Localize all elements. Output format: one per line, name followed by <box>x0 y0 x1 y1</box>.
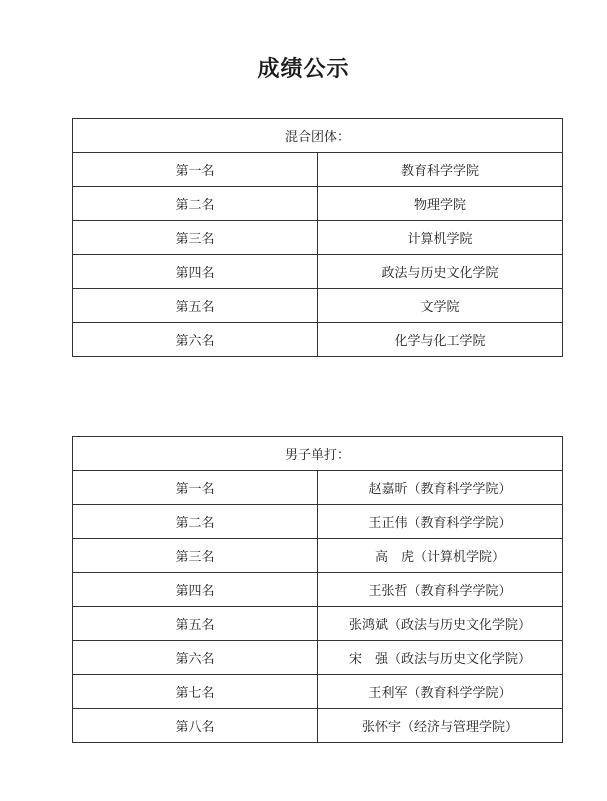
table-header: 男子单打： <box>73 437 563 471</box>
rank-cell: 第六名 <box>73 641 318 675</box>
rank-cell: 第一名 <box>73 153 318 187</box>
table-header: 混合团体： <box>73 119 563 153</box>
table-row: 第二名物理学院 <box>73 187 563 221</box>
winner-cell: 文学院 <box>318 289 563 323</box>
table-row: 第四名政法与历史文化学院 <box>73 255 563 289</box>
winner-cell: 王正伟（教育科学学院） <box>318 505 563 539</box>
table-row: 第六名化学与化工学院 <box>73 323 563 357</box>
winner-cell: 王利军（教育科学学院） <box>318 675 563 709</box>
mens-singles-results-table: 男子单打： 第一名赵嘉昕（教育科学学院） 第二名王正伟（教育科学学院） 第三名高… <box>72 436 563 743</box>
winner-cell: 化学与化工学院 <box>318 323 563 357</box>
winner-cell: 高 虎（计算机学院） <box>318 539 563 573</box>
winner-cell: 政法与历史文化学院 <box>318 255 563 289</box>
rank-cell: 第二名 <box>73 505 318 539</box>
table-row: 第七名王利军（教育科学学院） <box>73 675 563 709</box>
rank-cell: 第七名 <box>73 675 318 709</box>
table-row: 第一名赵嘉昕（教育科学学院） <box>73 471 563 505</box>
table-row: 第五名文学院 <box>73 289 563 323</box>
rank-cell: 第四名 <box>73 255 318 289</box>
rank-cell: 第六名 <box>73 323 318 357</box>
winner-cell: 宋 强（政法与历史文化学院） <box>318 641 563 675</box>
rank-cell: 第五名 <box>73 289 318 323</box>
winner-cell: 王张哲（教育科学学院） <box>318 573 563 607</box>
winner-cell: 张怀宇（经济与管理学院） <box>318 709 563 743</box>
rank-cell: 第八名 <box>73 709 318 743</box>
table-row: 第三名高 虎（计算机学院） <box>73 539 563 573</box>
rank-cell: 第三名 <box>73 539 318 573</box>
rank-cell: 第三名 <box>73 221 318 255</box>
table-row: 第四名王张哲（教育科学学院） <box>73 573 563 607</box>
table-row: 第六名宋 强（政法与历史文化学院） <box>73 641 563 675</box>
winner-cell: 张鸿斌（政法与历史文化学院） <box>318 607 563 641</box>
rank-cell: 第一名 <box>73 471 318 505</box>
table-row: 第二名王正伟（教育科学学院） <box>73 505 563 539</box>
table-row: 第一名教育科学学院 <box>73 153 563 187</box>
rank-cell: 第五名 <box>73 607 318 641</box>
winner-cell: 计算机学院 <box>318 221 563 255</box>
table-row: 第五名张鸿斌（政法与历史文化学院） <box>73 607 563 641</box>
rank-cell: 第二名 <box>73 187 318 221</box>
winner-cell: 赵嘉昕（教育科学学院） <box>318 471 563 505</box>
winner-cell: 教育科学学院 <box>318 153 563 187</box>
table-row: 第八名张怀宇（经济与管理学院） <box>73 709 563 743</box>
table-header-row: 男子单打： <box>73 437 563 471</box>
rank-cell: 第四名 <box>73 573 318 607</box>
mixed-team-results-table: 混合团体： 第一名教育科学学院 第二名物理学院 第三名计算机学院 第四名政法与历… <box>72 118 563 357</box>
winner-cell: 物理学院 <box>318 187 563 221</box>
table-row: 第三名计算机学院 <box>73 221 563 255</box>
page-title: 成绩公示 <box>0 52 607 83</box>
table-header-row: 混合团体： <box>73 119 563 153</box>
